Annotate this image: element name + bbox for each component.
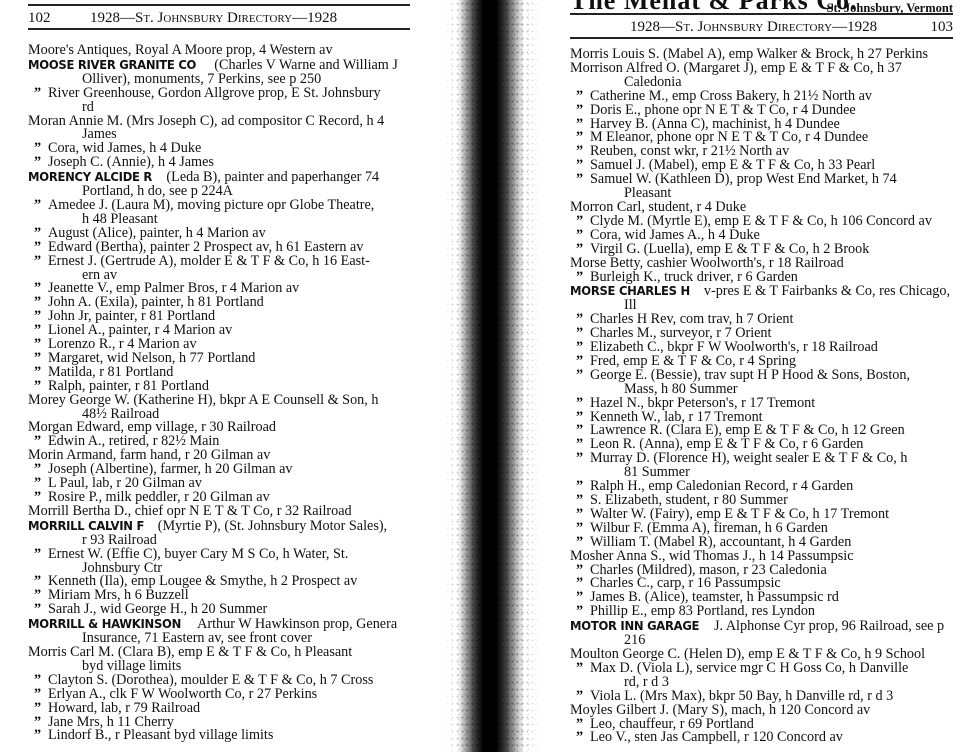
ditto-mark: ” (576, 662, 590, 676)
entry-text: Sarah J., wid George H., h 20 Summer (48, 601, 267, 617)
directory-entry: ”Phillip E., emp 83 Portland, res Lyndon (570, 605, 953, 619)
directory-entry: Morris Carl M. (Clara B), emp E & T F & … (28, 646, 410, 674)
directory-entry: ”River Greenhouse, Gordon Allgrove prop,… (28, 87, 410, 115)
ditto-mark: ” (34, 156, 48, 170)
ditto-mark: ” (34, 255, 48, 269)
entry-text: Morey George W. (Katherine H), bkpr A E … (28, 392, 378, 408)
directory-entry: ”Leo V., sten Jas Campbell, r 120 Concor… (570, 731, 953, 745)
entry-text: Lindorf B., r Pleasant byd village limit… (48, 727, 273, 743)
directory-entry: Moran Annie M. (Mrs Joseph C), ad compos… (28, 115, 410, 143)
ditto-mark: ” (34, 87, 48, 101)
directory-entry: ”Sarah J., wid George H., h 20 Summer (28, 603, 410, 617)
business-name: MOTOR INN GARAGE (570, 619, 699, 633)
ditto-mark: ” (34, 603, 48, 617)
business-name: MORRILL CALVIN F (28, 519, 144, 533)
running-header: 1928—St. Johnsbury Directory—1928 103 (570, 15, 953, 39)
directory-entry: ”Samuel W. (Kathleen D), prop West End M… (570, 173, 953, 201)
business-name: MORENCY ALCIDE R (28, 170, 152, 184)
directory-entry: MORSE CHARLES H v-pres E & T Fairbanks &… (570, 284, 953, 313)
entry-text: Moore's Antiques, Royal A Moore prop, 4 … (28, 42, 333, 58)
directory-entry: Morey George W. (Katherine H), bkpr A E … (28, 394, 410, 422)
directory-entry: MOTOR INN GARAGE J. Alphonse Cyr prop, 9… (570, 619, 953, 648)
entry-text: v-pres E & T Fairbanks & Co, res Chicago… (700, 283, 950, 299)
directory-entry: ”George E. (Bessie), trav supt H P Hood … (570, 369, 953, 397)
ditto-mark: ” (576, 452, 590, 466)
directory-entries: Moore's Antiques, Royal A Moore prop, 4 … (28, 44, 410, 743)
directory-entry: ”Murray D. (Florence H), weight sealer E… (570, 452, 953, 480)
left-page: 102 1928—St. Johnsbury Directory—1928 Mo… (28, 0, 410, 752)
business-name: MORRILL & HAWKINSON (28, 617, 181, 631)
directory-entry: ”Joseph C. (Annie), h 4 James (28, 156, 410, 170)
page-number: 103 (931, 19, 954, 36)
ad-company-name: The Menat & Parks Co. (570, 0, 857, 15)
running-header: 102 1928—St. Johnsbury Directory—1928 (28, 4, 410, 30)
entry-text: Phillip E., emp 83 Portland, res Lyndon (590, 603, 815, 619)
entry-text: Morris Carl M. (Clara B), emp E & T F & … (28, 644, 352, 660)
directory-entry: Morrill Bertha D., chief opr N E T & T C… (28, 505, 410, 519)
ad-city: St. Johnsbury, Vermont (827, 1, 953, 15)
directory-entry: ”Ernest J. (Gertrude A), molder E & T F … (28, 255, 410, 283)
ditto-mark: ” (34, 199, 48, 213)
ditto-mark: ” (576, 173, 590, 187)
ditto-mark: ” (34, 729, 48, 743)
right-page: The Menat & Parks Co. Portland Street St… (570, 0, 953, 752)
book-gutter-speckle (445, 0, 540, 752)
entry-text: Burleigh K., truck driver, r 6 Garden (590, 269, 798, 285)
entry-text: River Greenhouse, Gordon Allgrove prop, … (48, 85, 381, 101)
directory-entries: Morris Louis S. (Mabel A), emp Walker & … (570, 48, 953, 745)
entry-text: (Myrtie P), (St. Johnsbury Motor Sales), (154, 518, 387, 534)
ditto-mark: ” (34, 548, 48, 562)
entry-text: Leo V., sten Jas Campbell, r 120 Concord… (590, 729, 843, 745)
running-title: 1928—St. Johnsbury Directory—1928 (90, 10, 337, 27)
entry-text: Morrison Alfred O. (Margaret J), emp E &… (570, 60, 902, 76)
directory-entry: MORRILL CALVIN F (Myrtie P), (St. Johnsb… (28, 519, 410, 548)
directory-entry: MOOSE RIVER GRANITE CO (Charles V Warne … (28, 58, 410, 87)
directory-entry: Morrison Alfred O. (Margaret J), emp E &… (570, 62, 953, 90)
entry-text: J. Alphonse Cyr prop, 96 Railroad, see p (710, 618, 944, 634)
directory-entry: Moore's Antiques, Royal A Moore prop, 4 … (28, 44, 410, 58)
directory-entry: ”Max D. (Viola L), service mgr C H Goss … (570, 662, 953, 690)
business-name: MORSE CHARLES H (570, 284, 690, 298)
ditto-mark: ” (576, 605, 590, 619)
ditto-mark: ” (576, 731, 590, 745)
running-title: 1928—St. Johnsbury Directory—1928 (630, 19, 877, 36)
directory-entry: MORRILL & HAWKINSON Arthur W Hawkinson p… (28, 617, 410, 646)
business-name: MOOSE RIVER GRANITE CO (28, 58, 196, 72)
directory-entry: ”Lindorf B., r Pleasant byd village limi… (28, 729, 410, 743)
entry-text: Joseph C. (Annie), h 4 James (48, 154, 214, 170)
entry-text: Morrill Bertha D., chief opr N E T & T C… (28, 503, 352, 519)
page-number: 102 (28, 10, 51, 27)
ditto-mark: ” (576, 369, 590, 383)
directory-entry: ”Burleigh K., truck driver, r 6 Garden (570, 271, 953, 285)
directory-entry: ”Ernest W. (Effie C), buyer Cary M S Co,… (28, 548, 410, 576)
directory-entry: ”Amedee J. (Laura M), moving picture opr… (28, 199, 410, 227)
ditto-mark: ” (576, 271, 590, 285)
directory-entry: MORENCY ALCIDE R (Leda B), painter and p… (28, 170, 410, 199)
advertisement-banner: The Menat & Parks Co. Portland Street St… (570, 0, 953, 15)
